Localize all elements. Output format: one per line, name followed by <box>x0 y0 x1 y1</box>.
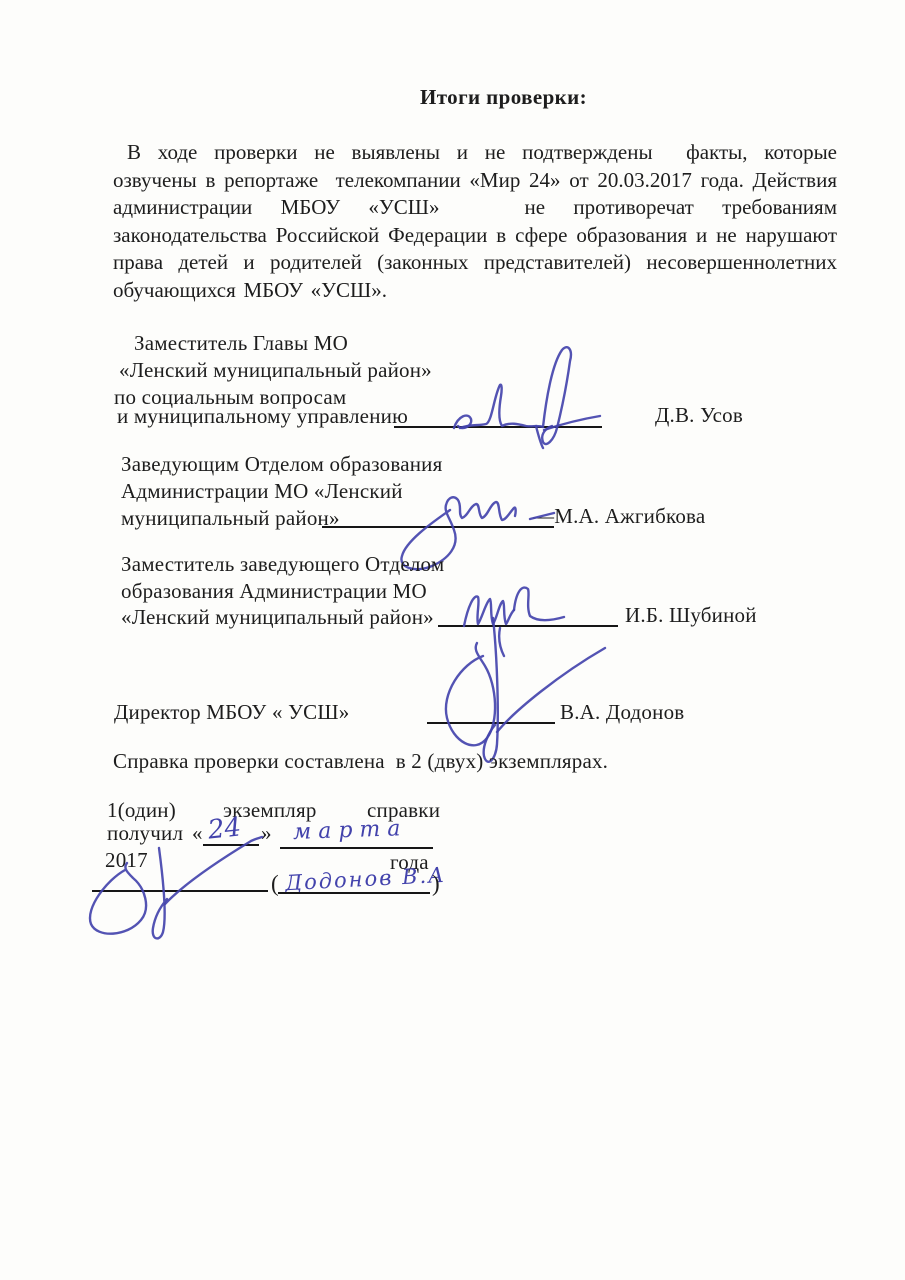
usov-signature <box>440 338 605 450</box>
role-line: муниципальный район» <box>121 506 340 531</box>
body-paragraph: В ходе проверки не выявлены и не подтвер… <box>113 139 837 305</box>
role-line: Директор МБОУ « УСШ» <box>114 700 349 725</box>
role-line: Заместитель Главы МО <box>134 331 348 356</box>
document-title: Итоги проверки: <box>420 85 587 110</box>
role-line: «Ленский муниципальный район» <box>119 358 432 383</box>
receipt-signature <box>75 808 315 950</box>
copies-note: Справка проверки составлена в 2 (двух) э… <box>113 749 608 774</box>
signatory-name: И.Б. Шубиной <box>625 603 757 628</box>
role-line: «Ленский муниципальный район» <box>121 605 434 630</box>
scanned-document-page: Итоги проверки: В ходе проверки не выявл… <box>0 0 905 1280</box>
role-line: и муниципальному управлению <box>117 404 408 429</box>
paren-close: ) <box>432 871 440 897</box>
role-line: Администрации МО «Ленский <box>121 479 403 504</box>
role-line: образования Администрации МО <box>121 579 427 604</box>
signatory-name: Д.В. Усов <box>655 403 743 428</box>
role-line: Заместитель заведующего Отделом <box>121 552 444 577</box>
